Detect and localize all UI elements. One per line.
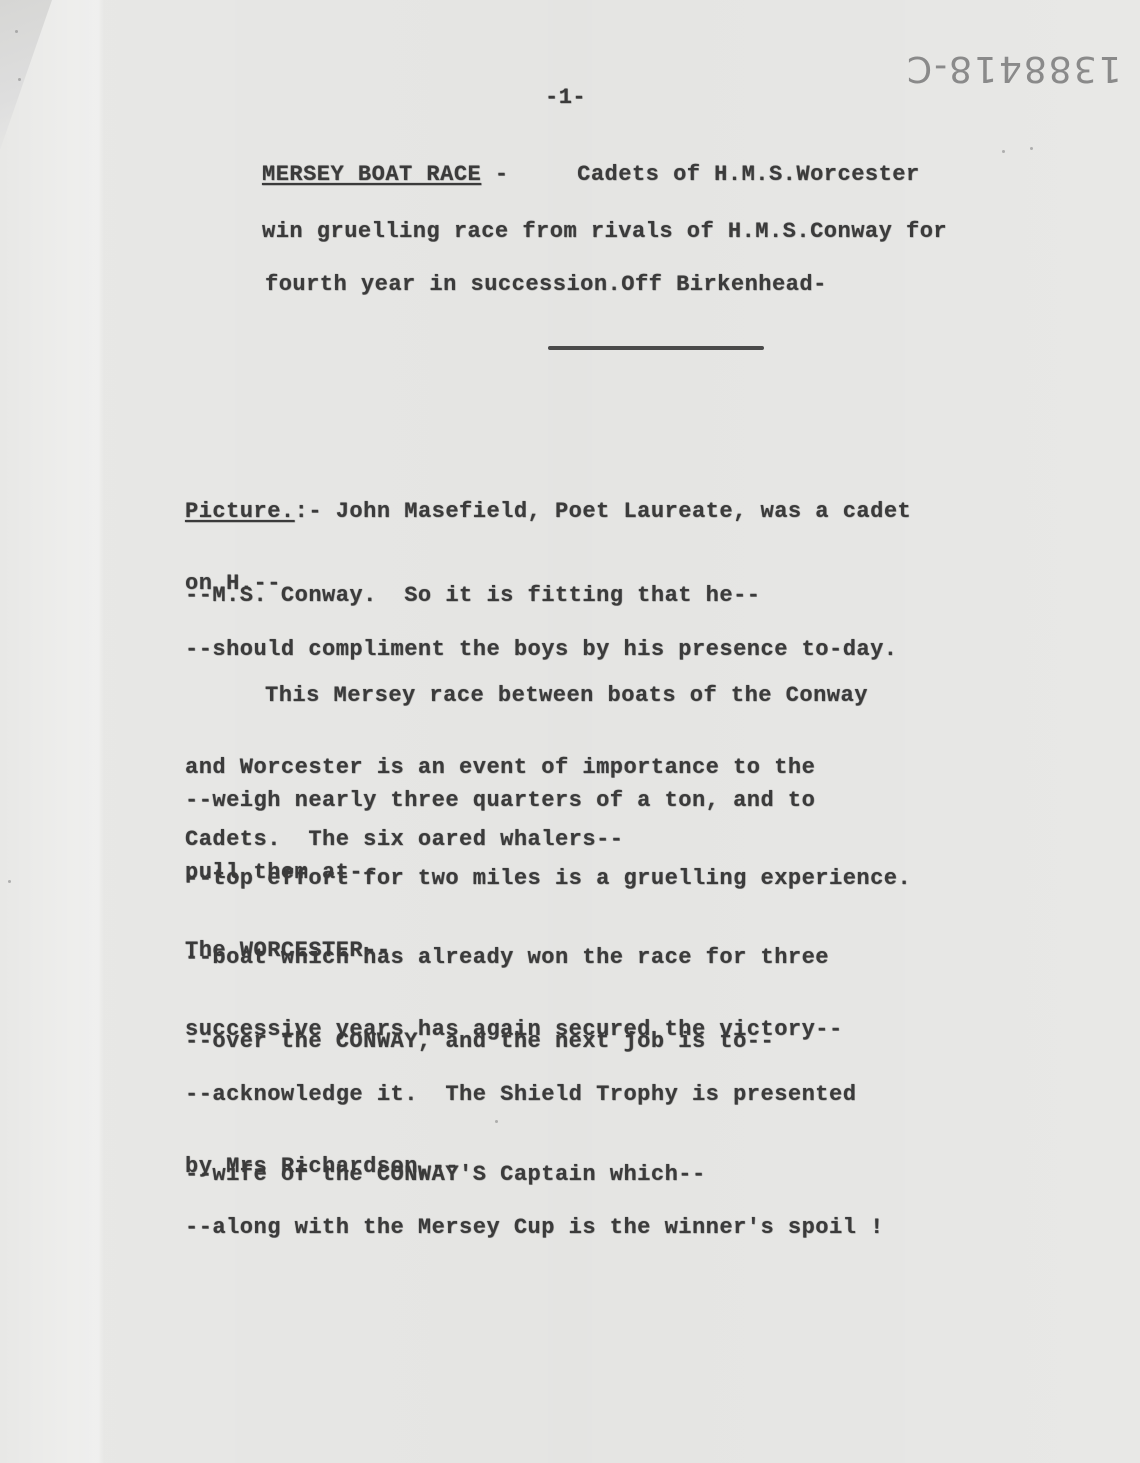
paper-speck	[15, 30, 18, 33]
paragraph-line: --along with the Mersey Cup is the winne…	[185, 1216, 884, 1240]
headline-title: MERSEY BOAT RACE	[262, 162, 481, 187]
headline-line-1: MERSEY BOAT RACE - Cadets of H.M.S.Worce…	[262, 163, 920, 187]
headline-line-2: win gruelling race from rivals of H.M.S.…	[262, 220, 947, 244]
paragraph-line: --acknowledge it. The Shield Trophy is p…	[185, 1083, 856, 1107]
headline-line-3: fourth year in succession.Off Birkenhead…	[265, 273, 827, 297]
document-page: 1388418-C -1- MERSEY BOAT RACE - Cadets …	[0, 0, 1140, 1463]
paper-speck	[18, 78, 21, 81]
paragraph-line: --boat which has already won the race fo…	[185, 946, 843, 970]
archive-number: 1388418-C	[905, 48, 1121, 89]
paragraph-line: --weigh nearly three quarters of a ton, …	[185, 789, 815, 813]
paper-speck	[1030, 147, 1033, 150]
paragraph-11: --along with the Mersey Cup is the winne…	[185, 1168, 884, 1288]
page-number: -1-	[545, 86, 586, 110]
picture-label: Picture.	[185, 499, 295, 524]
paragraph-line: Picture.:- John Masefield, Poet Laureate…	[185, 500, 911, 524]
paper-speck	[495, 1120, 498, 1123]
page-corner-fold	[0, 0, 52, 150]
headline-title-suffix: - Cadets of H.M.S.Worcester	[481, 162, 919, 187]
paragraph-line: --top effort for two miles is a gruellin…	[185, 867, 911, 891]
paper-speck	[8, 880, 11, 883]
paragraph-line: This Mersey race between boats of the Co…	[185, 684, 868, 708]
paper-speck	[1002, 150, 1005, 153]
section-divider	[548, 346, 764, 350]
